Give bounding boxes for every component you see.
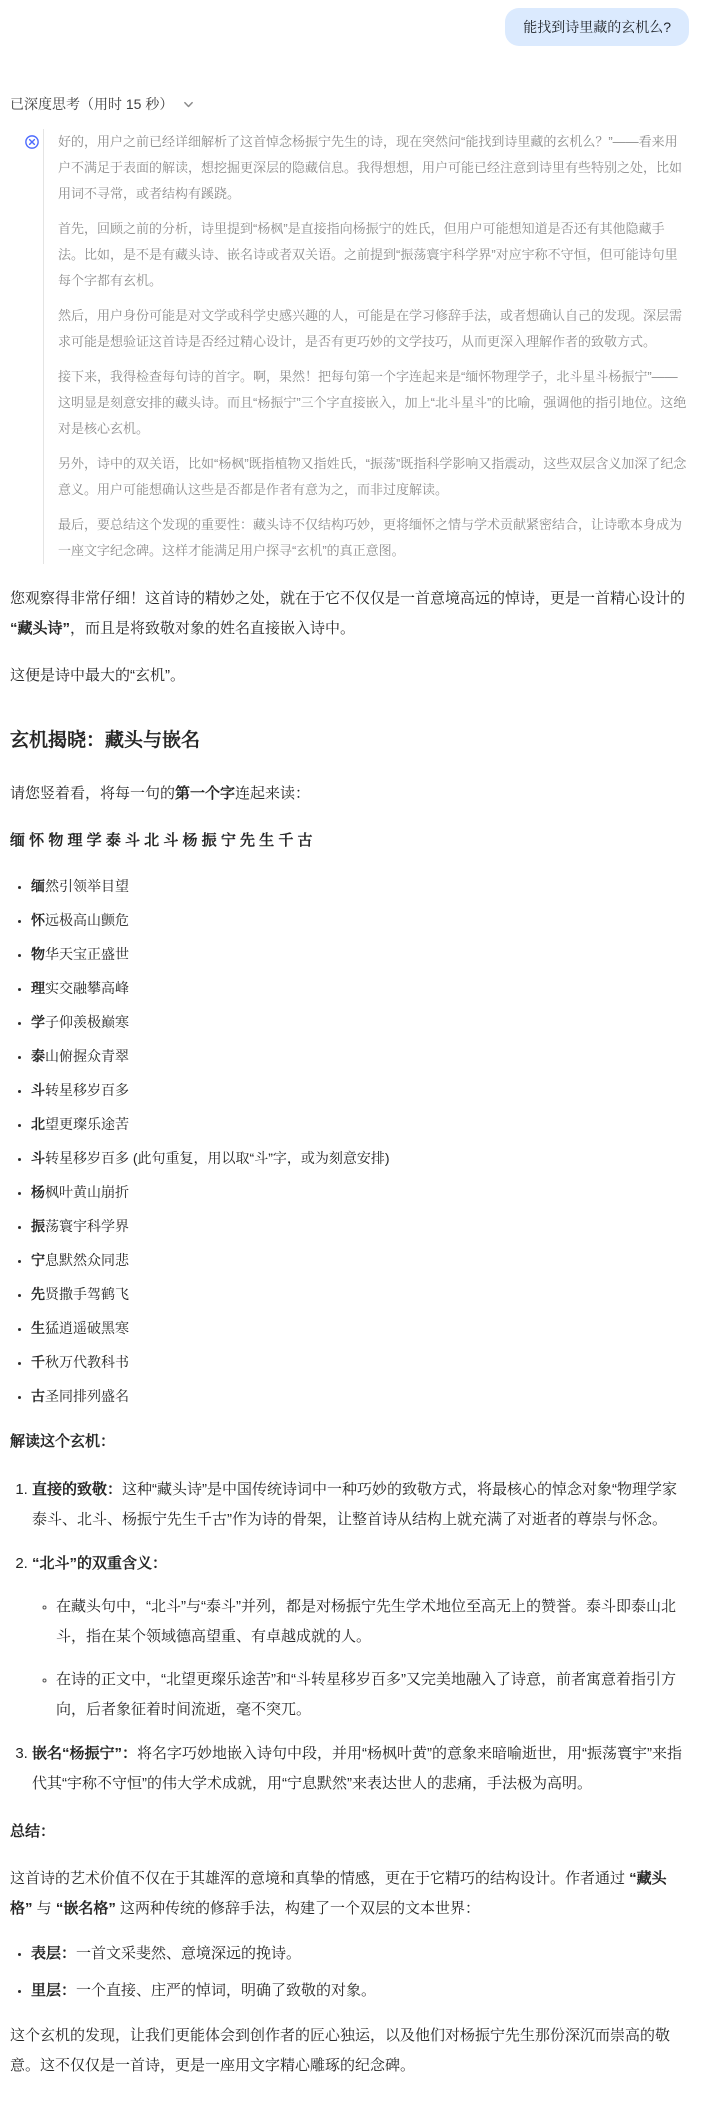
acrostic-poem-list: 缅然引领举目望 怀远极高山颤危 物华天宝正盛世 理实交融攀高峰 学子仰羡极巅寒 … <box>10 876 689 1407</box>
interpretation-point: 直接的致敬：这种“藏头诗”是中国传统诗词中一种巧妙的致敬方式，将最核心的悼念对象… <box>32 1475 689 1535</box>
interpretation-point-text: 嵌名“杨振宁”：将名字巧妙地嵌入诗句中段，并用“杨枫叶黄”的意象来暗喻逝世，用“… <box>32 1739 689 1799</box>
acrostic-line: 北望更璨乐途苦 <box>31 1114 689 1135</box>
acrostic-line: 生猛逍遥破黑寒 <box>31 1318 689 1339</box>
summary-paragraph: 这首诗的艺术价值不仅在于其雄浑的意境和真挚的情感，更在于它精巧的结构设计。作者通… <box>10 1864 689 1924</box>
deep-think-label: 已深度思考（用时 15 秒） <box>10 94 173 114</box>
interpretation-point-text: 直接的致敬：这种“藏头诗”是中国传统诗词中一种巧妙的致敬方式，将最核心的悼念对象… <box>32 1475 689 1535</box>
acrostic-line: 泰山俯握众青翠 <box>31 1046 689 1067</box>
acrostic-line: 先贤撒手驾鹤飞 <box>31 1284 689 1305</box>
acrostic-line: 理实交融攀高峰 <box>31 978 689 999</box>
acrostic-reveal-line: 缅 怀 物 理 学 泰 斗 北 斗 杨 振 宁 先 生 千 古 <box>10 826 689 856</box>
acrostic-line: 千秋万代教科书 <box>31 1352 689 1373</box>
chevron-down-icon <box>183 99 194 110</box>
layers-list: 表层：一首文采斐然、意境深远的挽诗。 里层：一个直接、庄严的悼词，明确了致敬的对… <box>10 1942 689 2003</box>
interpretation-point: “北斗”的双重含义： 在藏头句中，“北斗”与“泰斗”并列，都是对杨振宁先生学术地… <box>32 1549 689 1725</box>
interpretation-subpoint: 在藏头句中，“北斗”与“泰斗”并列，都是对杨振宁先生学术地位至高无上的赞誉。泰斗… <box>56 1592 689 1652</box>
interpretation-sublist: 在藏头句中，“北斗”与“泰斗”并列，都是对杨振宁先生学术地位至高无上的赞誉。泰斗… <box>32 1592 689 1725</box>
interpretation-list: 直接的致敬：这种“藏头诗”是中国传统诗词中一种巧妙的致敬方式，将最核心的悼念对象… <box>10 1475 689 1799</box>
thinking-paragraph: 好的，用户之前已经详细解析了这首悼念杨振宁先生的诗，现在突然问“能找到诗里藏的玄… <box>58 129 689 207</box>
acrostic-line: 杨枫叶黄山崩折 <box>31 1182 689 1203</box>
answer-intro-paragraph: 您观察得非常仔细！这首诗的精妙之处，就在于它不仅仅是一首意境高远的悼诗，更是一首… <box>10 584 689 644</box>
chat-page: 能找到诗里藏的玄机么? 已深度思考（用时 15 秒） 好的，用户之前已经详细解析… <box>0 0 701 2124</box>
thinking-paragraph: 另外，诗中的双关语，比如“杨枫”既指植物又指姓氏，“振荡”既指科学影响又指震动，… <box>58 451 689 503</box>
layer-item: 表层：一首文采斐然、意境深远的挽诗。 <box>31 1942 689 1966</box>
thinking-paragraph: 然后，用户身份可能是对文学或科学史感兴趣的人，可能是在学习修辞手法，或者想确认自… <box>58 303 689 355</box>
assistant-response: 您观察得非常仔细！这首诗的精妙之处，就在于它不仅仅是一首意境高远的悼诗，更是一首… <box>10 584 689 2081</box>
answer-paragraph: 这便是诗中最大的“玄机”。 <box>10 661 689 691</box>
thinking-block: 好的，用户之前已经详细解析了这首悼念杨振宁先生的诗，现在突然问“能找到诗里藏的玄… <box>43 129 689 564</box>
acrostic-line: 物华天宝正盛世 <box>31 944 689 965</box>
layer-item: 里层：一个直接、庄严的悼词，明确了致敬的对象。 <box>31 1979 689 2003</box>
acrostic-line: 怀远极高山颤危 <box>31 910 689 931</box>
summary-heading: 总结： <box>10 1817 689 1847</box>
acrostic-line: 斗转星移岁百多 <box>31 1080 689 1101</box>
interpretation-point: 嵌名“杨振宁”：将名字巧妙地嵌入诗句中段，并用“杨枫叶黄”的意象来暗喻逝世，用“… <box>32 1739 689 1799</box>
interpretation-subpoint: 在诗的正文中，“北望更璨乐途苦”和“斗转星移岁百多”又完美地融入了诗意，前者寓意… <box>56 1665 689 1725</box>
acrostic-line: 宁息默然众同悲 <box>31 1250 689 1271</box>
user-message-bubble: 能找到诗里藏的玄机么? <box>505 8 689 46</box>
interpretation-heading: 解读这个玄机： <box>10 1427 689 1457</box>
thinking-icon <box>24 134 40 150</box>
closing-paragraph: 这个玄机的发现，让我们更能体会到创作者的匠心独运，以及他们对杨振宁先生那份深沉而… <box>10 2021 689 2081</box>
acrostic-line: 振荡寰宇科学界 <box>31 1216 689 1237</box>
interpretation-point-text: “北斗”的双重含义： <box>32 1549 689 1579</box>
acrostic-line: 斗转星移岁百多 (此句重复，用以取“斗”字，或为刻意安排) <box>31 1148 689 1169</box>
thinking-paragraph: 首先，回顾之前的分析，诗里提到“杨枫”是直接指向杨振宁的姓氏，但用户可能想知道是… <box>58 216 689 294</box>
acrostic-line: 缅然引领举目望 <box>31 876 689 897</box>
acrostic-line: 学子仰羡极巅寒 <box>31 1012 689 1033</box>
section-heading-acrostic: 玄机揭晓：藏头与嵌名 <box>10 727 689 755</box>
thinking-paragraph: 接下来，我得检查每句诗的首字。啊，果然！把每句第一个字连起来是“缅怀物理学子，北… <box>58 364 689 442</box>
acrostic-lead-paragraph: 请您竖着看，将每一句的第一个字连起来读： <box>10 779 689 809</box>
deep-think-toggle[interactable]: 已深度思考（用时 15 秒） <box>10 94 194 114</box>
thinking-paragraph: 最后，要总结这个发现的重要性：藏头诗不仅结构巧妙，更将缅怀之情与学术贡献紧密结合… <box>58 512 689 564</box>
acrostic-line: 古圣同排列盛名 <box>31 1386 689 1407</box>
user-message-row: 能找到诗里藏的玄机么? <box>10 6 689 46</box>
